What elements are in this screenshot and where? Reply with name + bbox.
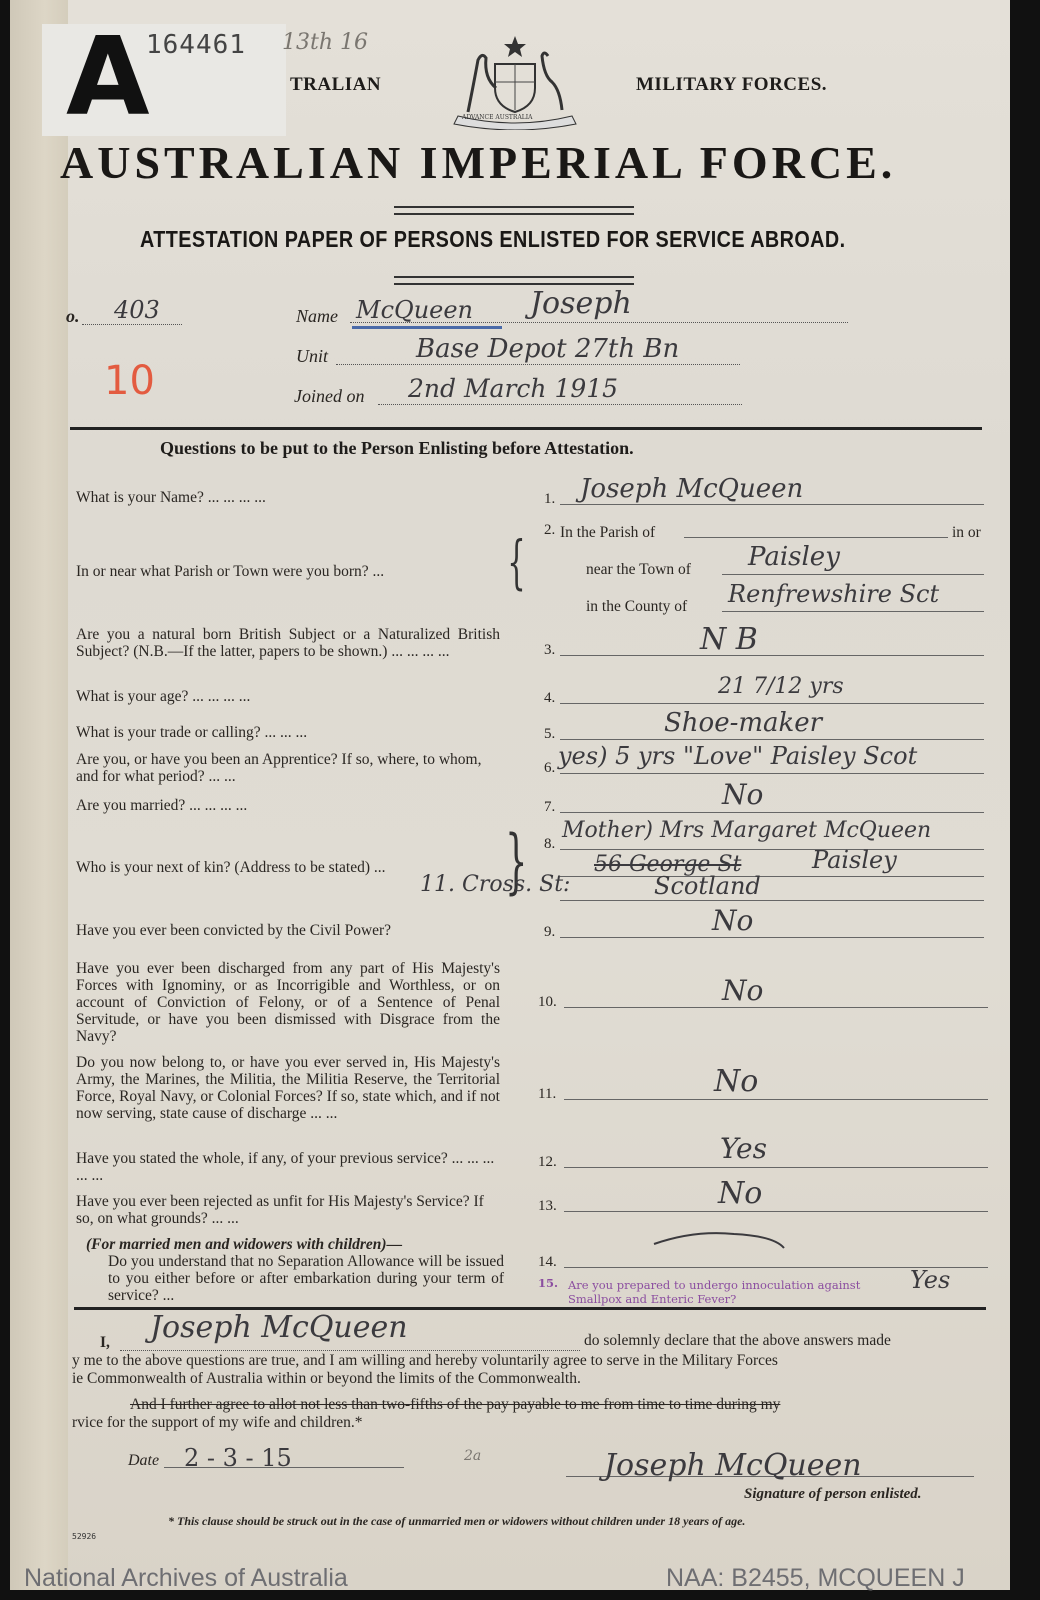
town-line bbox=[722, 574, 984, 575]
answer-3-line bbox=[560, 655, 984, 656]
answer-10-number: 10. bbox=[538, 994, 557, 1011]
answer-6-line bbox=[560, 773, 984, 774]
question-1: What is your Name? ... ... ... ... bbox=[76, 489, 496, 506]
answer-3[interactable]: N B bbox=[700, 622, 758, 657]
answer-10-line bbox=[564, 1007, 988, 1008]
answer-4-number: 4. bbox=[544, 690, 555, 707]
given-name-value[interactable]: Joseph bbox=[530, 286, 632, 321]
answer-14-number: 14. bbox=[538, 1254, 557, 1271]
answer-5-line bbox=[560, 739, 984, 740]
sticker-letter: A bbox=[66, 28, 150, 128]
answer-6[interactable]: yes) 5 yrs "Love" Paisley Scot bbox=[558, 742, 917, 770]
no-label: o. bbox=[66, 306, 80, 327]
answer-2-county[interactable]: Renfrewshire Sct bbox=[728, 580, 939, 608]
answer-1-line bbox=[560, 504, 984, 505]
pencil-note: 13th 16 bbox=[282, 30, 368, 55]
answer-6-number: 6. bbox=[544, 760, 555, 777]
title-rule-bottom bbox=[394, 276, 634, 285]
signature-caption: Signature of person enlisted. bbox=[744, 1486, 922, 1503]
answer-4-line bbox=[560, 703, 984, 704]
question-2: In or near what Parish or Town were you … bbox=[76, 563, 496, 580]
form-code: 52926 bbox=[72, 1532, 96, 1541]
sub-title: ATTESTATION PAPER OF PERSONS ENLISTED FO… bbox=[140, 226, 846, 253]
answer-15[interactable]: Yes bbox=[910, 1266, 950, 1294]
answer-1[interactable]: Joseph McQueen bbox=[580, 474, 803, 504]
answer-4[interactable]: 21 7/12 yrs bbox=[718, 674, 844, 699]
question-14-qualifier: (For married men and widowers with child… bbox=[86, 1236, 506, 1253]
joined-value[interactable]: 2nd March 1915 bbox=[408, 374, 618, 403]
answer-13-number: 13. bbox=[538, 1198, 557, 1215]
question-10: Have you ever been discharged from any p… bbox=[76, 960, 500, 1045]
answer-5-number: 5. bbox=[544, 726, 555, 743]
answer-7-number: 7. bbox=[544, 799, 555, 816]
county-label: in the County of bbox=[586, 598, 687, 615]
no-line bbox=[82, 324, 182, 325]
answer-11-line bbox=[564, 1099, 988, 1100]
question-12: Have you stated the whole, if any, of yo… bbox=[76, 1150, 500, 1184]
answer-12-number: 12. bbox=[538, 1154, 557, 1171]
answer-9-number: 9. bbox=[544, 924, 555, 941]
struck-allotment-line-2: rvice for the support of my wife and chi… bbox=[72, 1414, 363, 1432]
question-5: What is your trade or calling? ... ... .… bbox=[76, 724, 496, 741]
answer-12-line bbox=[564, 1167, 988, 1168]
unit-label: Unit bbox=[296, 346, 328, 367]
declaration-line-2: y me to the above questions are true, an… bbox=[72, 1352, 778, 1370]
in-or-label: in or bbox=[952, 524, 981, 541]
unit-value[interactable]: Base Depot 27th Bn bbox=[416, 334, 679, 364]
watermark-reference: NAA: B2455, MCQUEEN J bbox=[666, 1564, 965, 1593]
date-pencil-mark: 2a bbox=[464, 1448, 481, 1464]
answer-13[interactable]: No bbox=[718, 1176, 762, 1211]
answer-2-town[interactable]: Paisley bbox=[748, 542, 840, 572]
county-line bbox=[722, 611, 984, 612]
date-value[interactable]: 2 - 3 - 15 bbox=[184, 1444, 292, 1472]
declaration-line-1: do solemnly declare that the above answe… bbox=[584, 1332, 891, 1350]
answer-11[interactable]: No bbox=[714, 1064, 758, 1099]
answer-7-line bbox=[560, 812, 984, 813]
heading-military-forces: MILITARY FORCES. bbox=[636, 74, 827, 96]
answer-2-number: 2. bbox=[544, 522, 555, 539]
answer-9[interactable]: No bbox=[712, 904, 753, 937]
answer-1-number: 1. bbox=[544, 491, 555, 508]
declaration-prefix: I, bbox=[100, 1334, 110, 1352]
blue-underline bbox=[352, 326, 502, 329]
question-3: Are you a natural born British Subject o… bbox=[76, 626, 500, 660]
answer-8-street-insert[interactable]: 11. Cross. St: bbox=[420, 872, 570, 897]
joined-line bbox=[378, 404, 742, 405]
answer-8-country[interactable]: Scotland bbox=[654, 872, 761, 900]
answer-14-dash-mark bbox=[650, 1230, 790, 1254]
answer-8-town[interactable]: Paisley bbox=[812, 846, 897, 874]
joined-label: Joined on bbox=[294, 386, 364, 407]
answer-10[interactable]: No bbox=[722, 974, 763, 1007]
town-label: near the Town of bbox=[586, 561, 691, 578]
answer-13-line bbox=[564, 1211, 988, 1212]
section-divider bbox=[70, 427, 982, 430]
main-title: AUSTRALIAN IMPERIAL FORCE. bbox=[60, 136, 980, 189]
red-pencil-mark: 10 bbox=[104, 358, 155, 404]
answer-12[interactable]: Yes bbox=[720, 1132, 767, 1165]
no-value[interactable]: 403 bbox=[114, 296, 160, 324]
answer-3-number: 3. bbox=[544, 642, 555, 659]
question-13: Have you ever been rejected as unfit for… bbox=[76, 1193, 500, 1227]
binding-strip bbox=[10, 0, 68, 1590]
answer-11-number: 11. bbox=[538, 1086, 556, 1103]
watermark-archive: National Archives of Australia bbox=[24, 1564, 348, 1593]
answer-8-line-1 bbox=[560, 849, 984, 850]
answer-8-line-3 bbox=[560, 900, 984, 901]
question-7: Are you married? ... ... ... ... bbox=[76, 797, 496, 814]
answer-5[interactable]: Shoe-maker bbox=[664, 708, 822, 738]
question-4: What is your age? ... ... ... ... bbox=[76, 688, 496, 705]
parish-label: In the Parish of bbox=[560, 524, 655, 541]
footnote: * This clause should be struck out in th… bbox=[168, 1514, 745, 1529]
answer-8-number: 8. bbox=[544, 836, 555, 853]
question-14: Do you understand that no Separation All… bbox=[108, 1253, 504, 1304]
questions-heading: Questions to be put to the Person Enlist… bbox=[160, 438, 634, 459]
answer-8-name[interactable]: Mother) Mrs Margaret McQueen bbox=[562, 818, 931, 843]
heading-australian: TRALIAN bbox=[290, 74, 381, 96]
question-11: Do you now belong to, or have you ever s… bbox=[76, 1054, 500, 1122]
title-rule-top bbox=[394, 206, 634, 215]
struck-allotment-line-1: And I further agree to allot not less th… bbox=[130, 1396, 780, 1414]
signature[interactable]: Joseph McQueen bbox=[604, 1448, 862, 1483]
parish-line bbox=[684, 537, 948, 538]
declaration-name[interactable]: Joseph McQueen bbox=[150, 1310, 408, 1345]
question-6: Are you, or have you been an Apprentice?… bbox=[76, 751, 500, 785]
answer-7[interactable]: No bbox=[722, 778, 763, 811]
name-label: Name bbox=[296, 306, 338, 327]
sticker-number: 164461 bbox=[146, 30, 246, 60]
answer-9-line bbox=[560, 937, 984, 938]
stamp-question-15: Are you prepared to undergo innoculation… bbox=[568, 1278, 888, 1306]
unit-line bbox=[336, 364, 740, 365]
declaration-line-3: ie Commonwealth of Australia within or b… bbox=[72, 1370, 581, 1388]
stamp-question-15-number: 15. bbox=[538, 1276, 558, 1290]
brace-2: { bbox=[507, 528, 525, 596]
date-label: Date bbox=[128, 1452, 159, 1470]
question-9: Have you ever been convicted by the Civi… bbox=[76, 922, 516, 939]
crest-motto: ADVANCE AUSTRALIA bbox=[462, 114, 532, 121]
surname-value[interactable]: McQueen bbox=[356, 296, 473, 324]
declaration-name-line bbox=[120, 1350, 580, 1351]
